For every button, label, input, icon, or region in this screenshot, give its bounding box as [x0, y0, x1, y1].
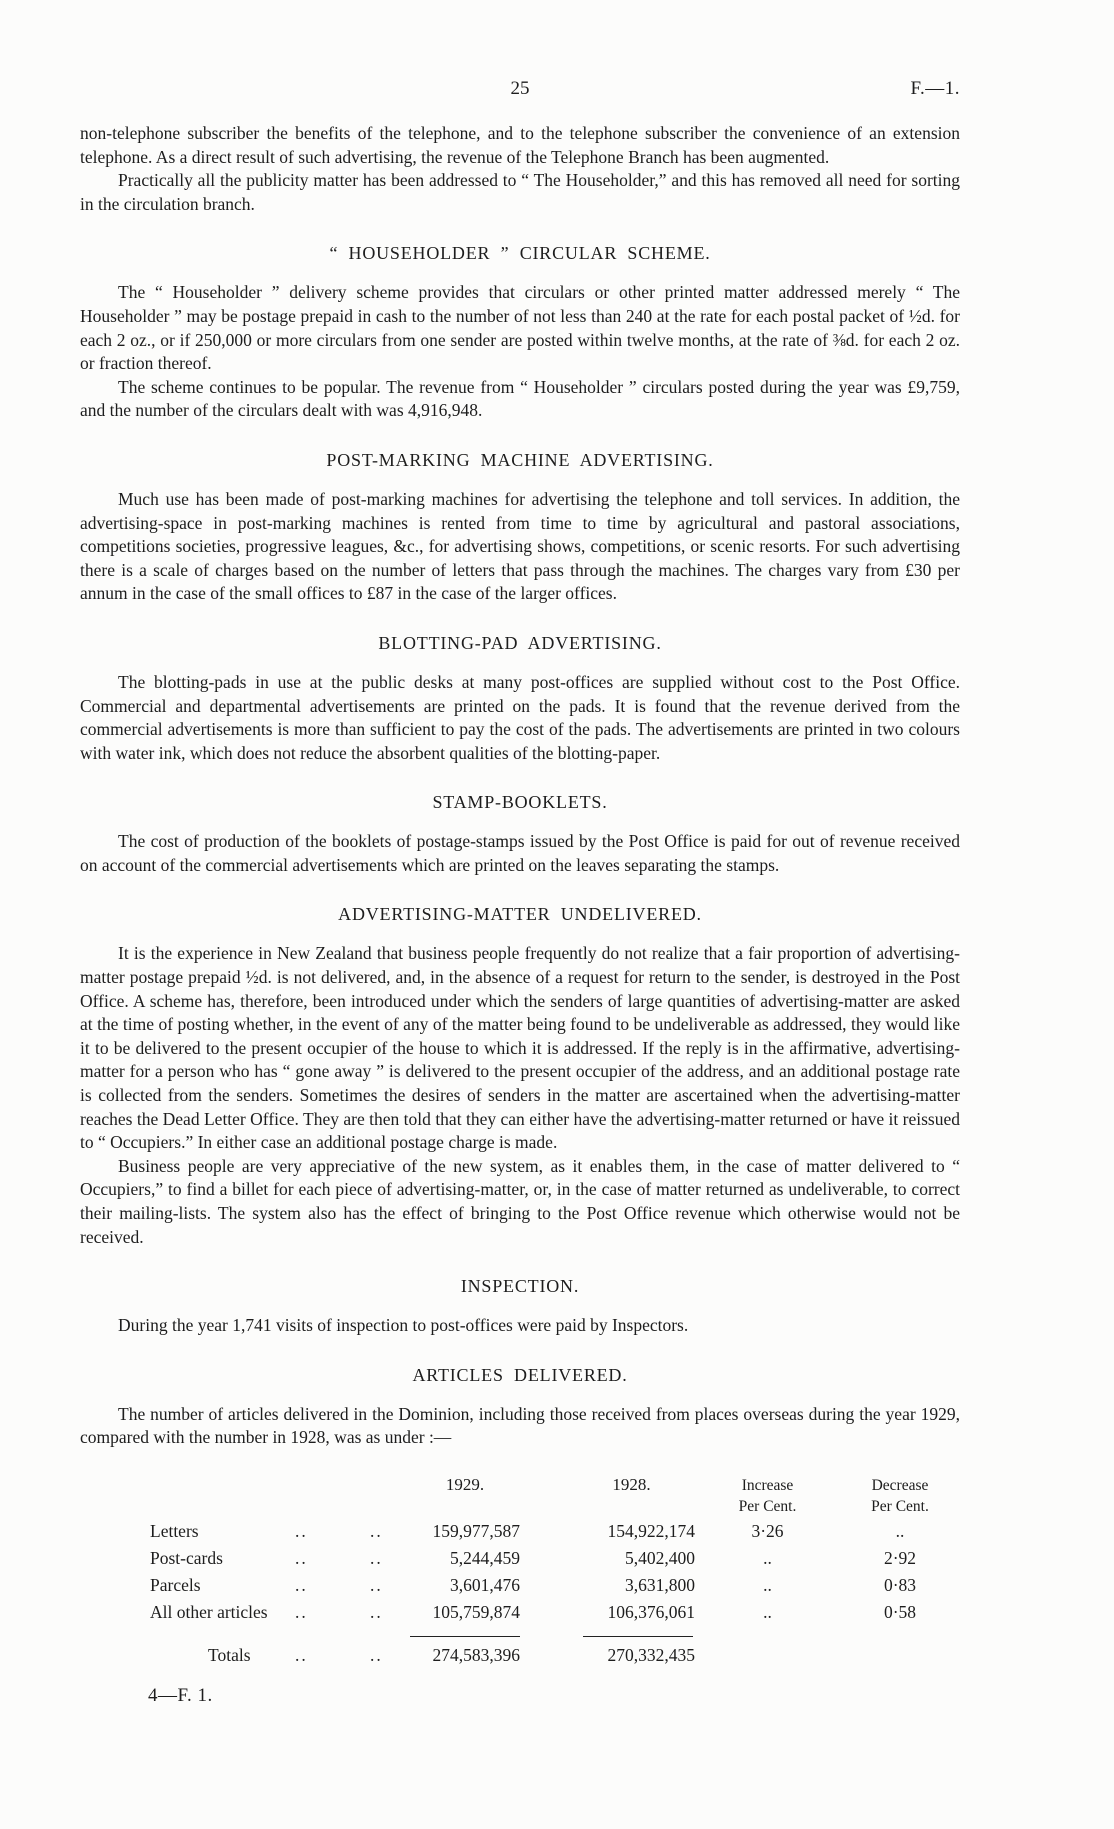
body-paragraph: The “ Householder ” delivery scheme prov… — [80, 281, 960, 375]
sum-rule-1928 — [583, 1636, 693, 1637]
leader-dots: .. — [295, 1548, 370, 1569]
section-heading-householder: “ HOUSEHOLDER ” CIRCULAR SCHEME. — [80, 243, 960, 264]
intro-paragraph-continuation: non-telephone subscriber the benefits of… — [80, 122, 960, 169]
leader-dots: .. — [370, 1575, 410, 1596]
leader-dots: .. — [370, 1521, 410, 1542]
doc-reference: F.—1. — [910, 78, 960, 100]
articles-delivered-table: 1929. 1928. Increase Per Cent. Decrease … — [80, 1474, 960, 1675]
body-paragraph: The scheme continues to be popular. The … — [80, 376, 960, 423]
body-paragraph: Business people are very appreciative of… — [80, 1155, 960, 1249]
leader-dots: .. — [295, 1645, 370, 1666]
leader-dots: .. — [370, 1548, 410, 1569]
table-row: All other articles .. .. 105,759,874 106… — [80, 1602, 960, 1629]
document-signature: 4—F. 1. — [148, 1685, 960, 1707]
page-header: 25 F.—1. — [80, 78, 960, 104]
body-paragraph: Much use has been made of post-marking m… — [80, 488, 960, 606]
leader-dots: .. — [295, 1521, 370, 1542]
column-header-increase: Increase Per Cent. — [695, 1475, 840, 1517]
page-number: 25 — [80, 78, 960, 100]
section-heading-stampbooklets: STAMP-BOOKLETS. — [80, 792, 960, 813]
body-paragraph: During the year 1,741 visits of inspecti… — [80, 1314, 960, 1338]
column-header-1929: 1929. — [410, 1474, 520, 1495]
leader-dots: .. — [295, 1602, 370, 1623]
intro-paragraph: Practically all the publicity matter has… — [80, 169, 960, 216]
column-header-decrease: Decrease Per Cent. — [840, 1475, 960, 1517]
section-heading-blottingpad: BLOTTING-PAD ADVERTISING. — [80, 633, 960, 654]
table-row: Parcels .. .. 3,601,476 3,631,800 .. 0·8… — [80, 1575, 960, 1602]
section-heading-postmarking: POST-MARKING MACHINE ADVERTISING. — [80, 450, 960, 471]
table-row: Letters .. .. 159,977,587 154,922,174 3·… — [80, 1521, 960, 1548]
leader-dots: .. — [370, 1645, 410, 1666]
table-row: Post-cards .. .. 5,244,459 5,402,400 .. … — [80, 1548, 960, 1575]
column-header-1928: 1928. — [520, 1474, 695, 1495]
table-header-row: 1929. 1928. Increase Per Cent. Decrease … — [80, 1474, 960, 1517]
body-paragraph: The blotting-pads in use at the public d… — [80, 671, 960, 765]
leader-dots: .. — [370, 1602, 410, 1623]
table-totals-row: Totals .. .. 274,583,396 270,332,435 — [80, 1645, 960, 1675]
body-paragraph: The cost of production of the booklets o… — [80, 830, 960, 877]
totals-separator-row — [80, 1629, 960, 1645]
section-heading-articles-delivered: ARTICLES DELIVERED. — [80, 1365, 960, 1386]
leader-dots: .. — [295, 1575, 370, 1596]
sum-rule-1929 — [410, 1636, 520, 1637]
body-paragraph: The number of articles delivered in the … — [80, 1403, 960, 1450]
body-paragraph: It is the experience in New Zealand that… — [80, 942, 960, 1154]
section-heading-advertising-undelivered: ADVERTISING-MATTER UNDELIVERED. — [80, 904, 960, 925]
document-page: 25 F.—1. non-telephone subscriber the be… — [80, 0, 960, 1707]
section-heading-inspection: INSPECTION. — [80, 1276, 960, 1297]
